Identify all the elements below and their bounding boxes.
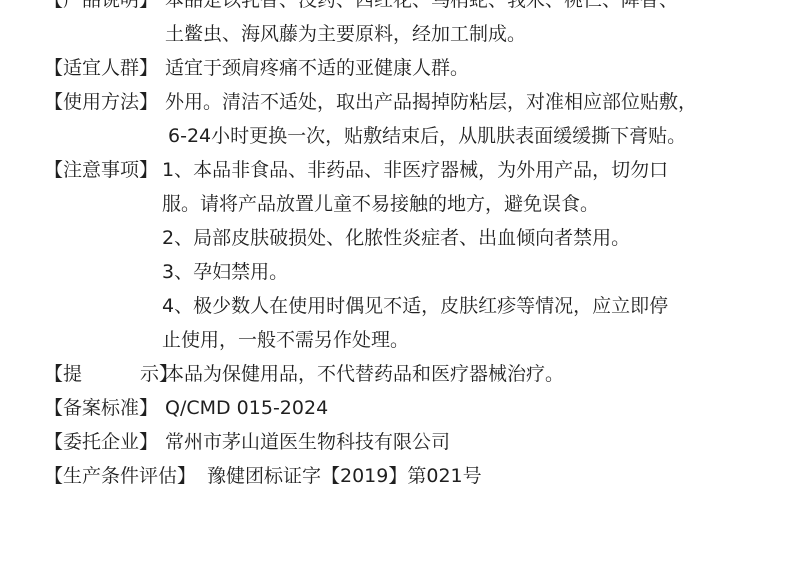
notes-row-cont: 2、局部皮肤破损处、化脓性炎症者、出血倾向者禁用。	[0, 221, 786, 255]
usage-label: 【使用方法】	[44, 85, 158, 119]
tip-line-1: 本品为保健用品，不代替药品和医疗器械治疗。	[165, 357, 564, 391]
notes-line-6: 止使用，一般不需另作处理。	[162, 323, 409, 357]
suitable-people-line-1: 适宜于颈肩疼痛不适的亚健康人群。	[165, 51, 469, 85]
notes-row: 【注意事项】 1、本品非食品、非药品、非医疗器械，为外用产品，切勿口	[0, 153, 786, 187]
notes-row-cont: 4、极少数人在使用时偶见不适，皮肤红疹等情况，应立即停	[0, 289, 786, 323]
suitable-people-label: 【适宜人群】	[44, 51, 158, 85]
notes-line-2: 服。请将产品放置儿童不易接触的地方，避免误食。	[162, 187, 599, 221]
product-desc-row: 【产品说明】 本品是以乳香、没药、西红花、乌梢蛇、莪术、桃仁、降香、	[0, 0, 786, 17]
entrusted-company-label: 【委托企业】	[44, 425, 158, 459]
suitable-people-row: 【适宜人群】 适宜于颈肩疼痛不适的亚健康人群。	[0, 51, 786, 85]
tip-row: 【提示】 本品为保健用品，不代替药品和医疗器械治疗。	[0, 357, 786, 391]
entrusted-company-row: 【委托企业】 常州市茅山道医生物科技有限公司	[0, 425, 786, 459]
product-desc-label: 【产品说明】	[44, 0, 158, 17]
notes-line-4: 3、孕妇禁用。	[162, 255, 288, 289]
notes-row-cont: 止使用，一般不需另作处理。	[0, 323, 786, 357]
usage-line-2: 6-24小时更换一次，贴敷结束后，从肌肤表面缓缓撕下膏贴。	[168, 119, 686, 153]
product-desc-row-cont: 土鳖虫、海风藤为主要原料，经加工制成。	[0, 17, 786, 51]
entrusted-company-line-1: 常州市茅山道医生物科技有限公司	[165, 425, 450, 459]
notes-row-cont: 3、孕妇禁用。	[0, 255, 786, 289]
notes-line-5: 4、极少数人在使用时偶见不适，皮肤红疹等情况，应立即停	[162, 289, 668, 323]
tip-label: 【提示】	[44, 357, 178, 391]
notes-label: 【注意事项】	[44, 153, 158, 187]
tip-label-left: 【提	[44, 363, 82, 385]
notes-line-1: 1、本品非食品、非药品、非医疗器械，为外用产品，切勿口	[162, 153, 668, 187]
usage-row: 【使用方法】 外用。清洁不适处，取出产品揭掉防粘层，对准相应部位贴敷，	[0, 85, 786, 119]
standard-line-1: Q/CMD 015-2024	[165, 391, 328, 425]
standard-row: 【备案标准】 Q/CMD 015-2024	[0, 391, 786, 425]
standard-label: 【备案标准】	[44, 391, 158, 425]
production-eval-row: 【生产条件评估】 豫健团标证字【2019】第021号	[0, 459, 786, 493]
product-desc-line-2: 土鳖虫、海风藤为主要原料，经加工制成。	[165, 17, 526, 51]
usage-row-cont: 6-24小时更换一次，贴敷结束后，从肌肤表面缓缓撕下膏贴。	[0, 119, 786, 153]
product-info-document: 【产品说明】 本品是以乳香、没药、西红花、乌梢蛇、莪术、桃仁、降香、 土鳖虫、海…	[0, 0, 786, 493]
notes-row-cont: 服。请将产品放置儿童不易接触的地方，避免误食。	[0, 187, 786, 221]
product-desc-line-1: 本品是以乳香、没药、西红花、乌梢蛇、莪术、桃仁、降香、	[165, 0, 678, 17]
notes-line-3: 2、局部皮肤破损处、化脓性炎症者、出血倾向者禁用。	[162, 221, 630, 255]
usage-line-1: 外用。清洁不适处，取出产品揭掉防粘层，对准相应部位贴敷，	[165, 85, 697, 119]
production-eval-line-1: 豫健团标证字【2019】第021号	[207, 459, 482, 493]
production-eval-label: 【生产条件评估】	[44, 459, 196, 493]
